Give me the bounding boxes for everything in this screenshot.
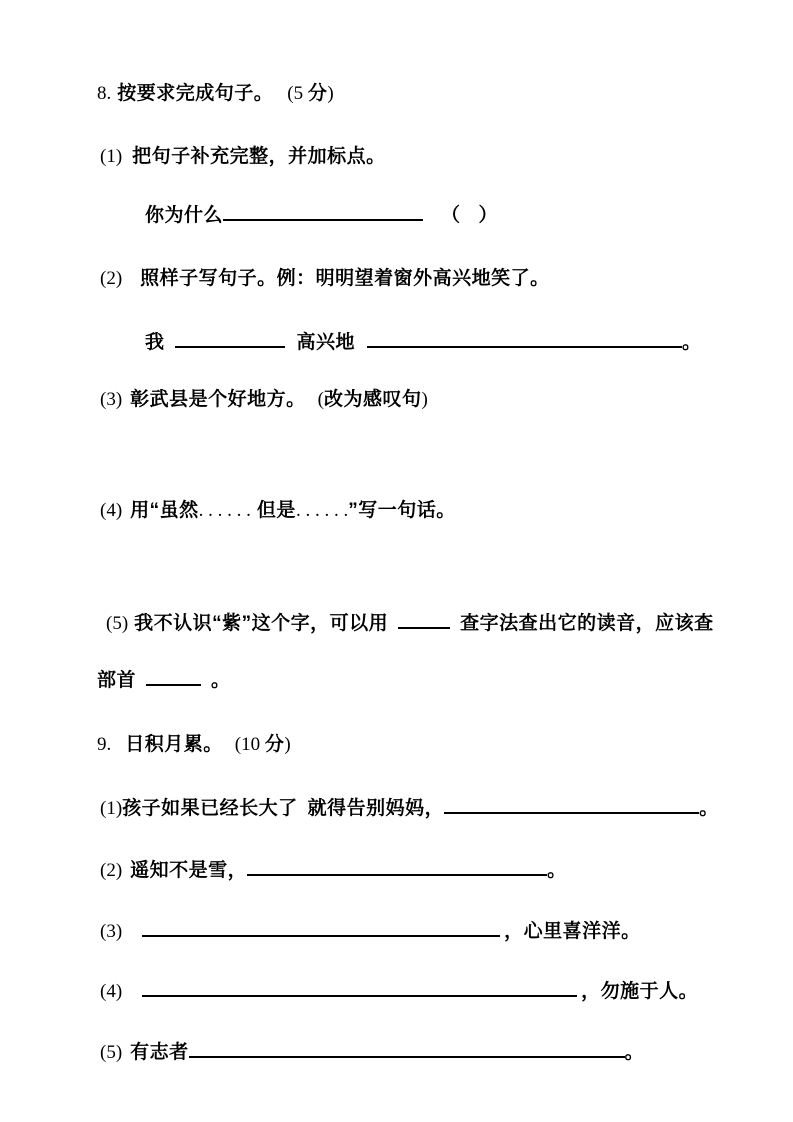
text-segment: 。: [547, 860, 567, 881]
text-segment: (1): [100, 146, 122, 167]
blank-underline: [189, 1035, 625, 1058]
text-segment: 。: [699, 798, 719, 819]
blank-underline: [223, 198, 423, 221]
text-segment: ): [284, 734, 290, 755]
text-segment: 日积月累。: [125, 734, 223, 755]
spacer: [122, 875, 130, 876]
q8-item-5-line2: 部首。: [97, 663, 231, 690]
spacer: [122, 996, 142, 997]
text-segment: 彰武县是个好地方。: [130, 389, 306, 410]
text-segment: (5): [100, 1042, 122, 1063]
text-segment: 你为什么: [145, 205, 223, 226]
q8-heading: 8.按要求完成句子。(5 分): [97, 80, 334, 107]
text-segment: 孩子如果已经长大了: [122, 798, 298, 819]
spacer: [423, 220, 441, 221]
spacer: [306, 404, 318, 405]
text-segment: 。: [211, 670, 231, 691]
text-segment: 9.: [97, 734, 111, 755]
spacer: [122, 404, 130, 405]
text-segment: 查字法查出它的读音，应该查: [460, 613, 714, 634]
spacer: [285, 347, 297, 348]
text-segment: 我: [145, 332, 165, 353]
text-segment: 。: [625, 1042, 645, 1063]
text-segment: (2): [100, 860, 122, 881]
blank-underline: [142, 974, 577, 997]
text-segment: (4): [100, 500, 122, 521]
spacer: [111, 749, 125, 750]
blank-underline: [367, 325, 682, 348]
document-page: 8.按要求完成句子。(5 分)(1)把句子补充完整，并加标点。你为什么（）(2)…: [0, 0, 793, 1122]
text-segment: 就得告别妈妈，: [308, 798, 445, 819]
text-segment: (3): [100, 389, 122, 410]
q8-item-2-answer: 我高兴地。: [145, 325, 702, 352]
q8-item-5-line1: (5)我不认识“紫”这个字，可以用查字法查出它的读音，应该查: [106, 606, 714, 633]
q8-item-3: (3)彰武县是个好地方。(改为感叹句): [100, 386, 428, 413]
q9-item-4: (4)，勿施于人。: [100, 974, 698, 1001]
q9-heading: 9.日积月累。(10 分): [97, 731, 291, 758]
q9-item-3: (3)，心里喜洋洋。: [100, 914, 641, 941]
text-segment: 按要求完成句子。: [117, 83, 273, 104]
text-segment: 高兴地: [297, 332, 356, 353]
spacer: [461, 220, 479, 221]
text-segment: 分: [265, 734, 285, 755]
text-segment: ，勿施于人。: [581, 981, 698, 1002]
spacer: [165, 347, 175, 348]
text-segment: ): [327, 83, 333, 104]
spacer: [122, 161, 132, 162]
text-segment: 遥知不是雪，: [130, 860, 247, 881]
blank-underline: [146, 663, 201, 686]
blank-underline: [247, 853, 547, 876]
text-segment: (3): [100, 921, 122, 942]
q8-item-1: (1)把句子补充完整，并加标点。: [100, 143, 386, 170]
text-segment: (5): [106, 613, 128, 634]
text-segment: 改为感叹句: [324, 389, 422, 410]
text-segment: ”写一句话。: [348, 500, 456, 521]
text-segment: ，心里喜洋洋。: [504, 921, 641, 942]
spacer: [450, 628, 460, 629]
text-segment: (5: [287, 83, 308, 104]
text-segment: (10: [235, 734, 265, 755]
text-segment: 把句子补充完整，并加标点。: [132, 146, 386, 167]
text-segment: . . . . . .: [296, 500, 348, 521]
text-segment: 部首: [97, 670, 136, 691]
blank-underline: [398, 606, 450, 629]
spacer: [298, 813, 308, 814]
spacer: [355, 347, 367, 348]
text-segment: 8.: [97, 83, 111, 104]
spacer: [273, 98, 287, 99]
text-segment: 用“虽然: [130, 500, 199, 521]
spacer: [223, 749, 235, 750]
spacer: [122, 283, 140, 284]
text-segment: 分: [308, 83, 328, 104]
spacer: [122, 936, 142, 937]
spacer: [122, 515, 130, 516]
text-segment: ）: [479, 205, 499, 226]
q9-item-1: (1)孩子如果已经长大了就得告别妈妈，。: [100, 791, 719, 818]
text-segment: 但是: [257, 500, 296, 521]
q9-item-5: (5)有志者。: [100, 1035, 644, 1062]
text-segment: (4): [100, 981, 122, 1002]
spacer: [201, 685, 211, 686]
q8-item-1-answer: 你为什么（）: [145, 198, 498, 225]
text-segment: 。: [682, 332, 702, 353]
q9-item-2: (2)遥知不是雪，。: [100, 853, 567, 880]
text-segment: 我不认识“紫”这个字，可以用: [134, 613, 388, 634]
spacer: [136, 685, 146, 686]
text-segment: ): [422, 389, 428, 410]
text-segment: . . . . . .: [199, 500, 251, 521]
text-segment: (2): [100, 268, 122, 289]
q8-item-4: (4)用“虽然. . . . . .但是. . . . . .”写一句话。: [100, 497, 456, 524]
blank-underline: [444, 791, 699, 814]
q8-item-2: (2)照样子写句子。例：明明望着窗外高兴地笑了。: [100, 265, 550, 292]
text-segment: （: [441, 205, 461, 226]
spacer: [388, 628, 398, 629]
blank-underline: [142, 914, 500, 937]
text-segment: (1): [100, 798, 122, 819]
text-segment: 照样子写句子。例：明明望着窗外高兴地笑了。: [140, 268, 550, 289]
text-segment: 有志者: [130, 1042, 189, 1063]
blank-underline: [175, 325, 285, 348]
spacer: [122, 1057, 130, 1058]
